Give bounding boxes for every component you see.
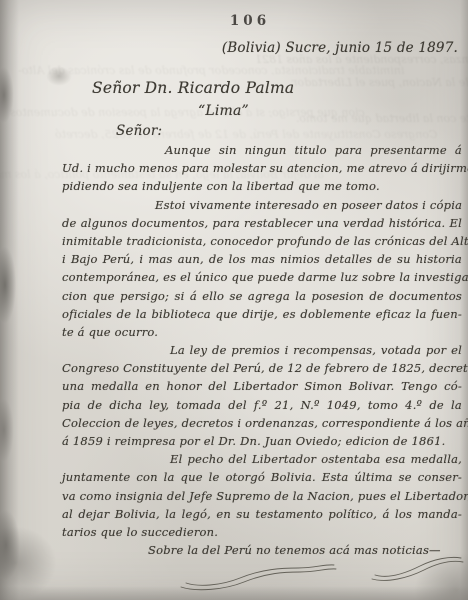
scanned-letter-page: Coleccion de leyes, decretos i ordenanza… (0, 0, 468, 600)
letter-line: El pecho del Libertador ostentaba esa me… (62, 450, 462, 468)
letter-salutation: Señor: (116, 123, 162, 139)
letter-line: cion que persigo; si á ello se agrega la… (62, 287, 462, 305)
letter-line: Aunque sin ningun titulo para presentarm… (62, 141, 462, 159)
letter-line: una medalla en honor del Libertador Simo… (62, 377, 462, 395)
letter-line: al dejar Bolivia, la legó, en su testame… (62, 505, 462, 523)
ink-bleedthrough: cion que persigo; si á ello se agrega la… (10, 106, 365, 119)
ink-bleedthrough: inimitable tradicionista, conocedor prof… (18, 64, 404, 77)
letter-body: Aunque sin ningun titulo para presentarm… (62, 141, 462, 559)
letter-line: Ud. i mucho menos para molestar su atenc… (62, 159, 462, 177)
letter-line: Congreso Constituyente del Perú, de 12 d… (62, 359, 462, 377)
letter-line: te á que ocurro. (62, 323, 462, 341)
letter-line: de algunos documentos, para restablecer … (62, 214, 462, 232)
ink-bleedthrough: Congreso Constituyente del Perú, de 12 d… (55, 128, 437, 141)
letter-line: La ley de premios i recompensas, votada … (62, 341, 462, 359)
letter-line: pidiendo sea induljente con la libertad … (62, 177, 462, 195)
letter-line: contemporánea, es el único que puede dar… (62, 268, 462, 286)
letter-line: Sobre la del Perú no tenemos acá mas not… (62, 541, 462, 559)
letter-line: va como insignia del Jefe Supremo de la … (62, 487, 462, 505)
letter-line: Coleccion de leyes, decretos i ordenanza… (62, 414, 462, 432)
letter-line: pia de dicha ley, tomada del f.º 21, N.º… (62, 396, 462, 414)
folio-number: 106 (0, 13, 468, 29)
ink-bleedthrough: pidiendo sea induljente con la libertad … (296, 112, 468, 125)
letter-line: i Bajo Perú, i mas aun, de los mas nimio… (62, 250, 462, 268)
letter-dateline: (Bolivia) Sucre, junio 15 de 1897. (222, 40, 458, 56)
letter-line: oficiales de la biblioteca que dirije, e… (62, 305, 462, 323)
letter-line: á 1859 i reimpresa por el Dr. Dn. Juan O… (62, 432, 462, 450)
ink-bleedthrough: va como insignia del Jefe Supremo de la … (290, 76, 468, 89)
letter-line: Estoi vivamente interesado en poseer dat… (62, 196, 462, 214)
paper-stain-top-left (46, 66, 72, 86)
letter-line: juntamente con la que le otorgó Bolivia.… (62, 468, 462, 486)
letter-recipient: Señor Dn. Ricardo Palma (92, 79, 294, 97)
letter-line: inimitable tradicionista, conocedor prof… (62, 232, 462, 250)
letter-recipient-city: “Lima” (198, 103, 249, 119)
page-edge-shadow-left (0, 0, 20, 600)
paper-stain-bottom-left (0, 525, 58, 600)
letter-line: tarios que lo succedieron. (62, 523, 462, 541)
page-edge-shadow-bottom (0, 586, 468, 600)
